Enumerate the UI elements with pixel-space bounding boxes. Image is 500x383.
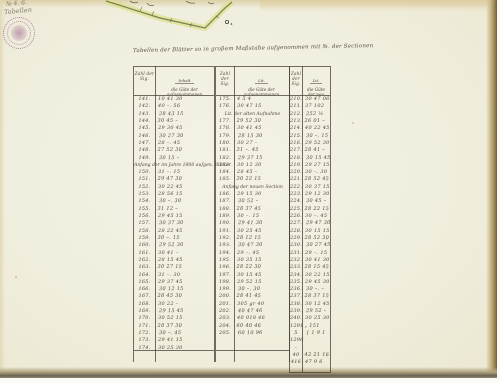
table-row: 202.40 47 46 [216,308,289,315]
cell-value: 30 12 30 [234,162,289,169]
table-row: 211.37 102 [290,103,330,110]
table-row: 5{ 1 9 1 [290,330,330,337]
table-row: 154.30 –. 30 [134,198,214,205]
table-row: 4042 21 16 [290,352,330,359]
cell-sheet-number: 146. [134,133,155,140]
cell-sheet-number: 149. [134,155,155,162]
cell-sheet-number: 166. [134,286,155,293]
cell-sheet-number: 188. [216,206,234,213]
cell-sheet-number: 152. [134,184,155,191]
cell-value: 29 52 30 [233,118,288,126]
table-row: 237.28 37 15 [290,293,330,300]
cell-sheet-number: 167. [134,293,155,300]
cell-value: 30 52 – [235,198,290,206]
table-row: 1296 [290,337,330,344]
table-row [290,367,330,374]
cell-value: 37 102 [302,103,330,110]
cell-value: 30 15 – [156,154,215,162]
cell-value: 27 52 30 [154,147,213,155]
cell-sheet-number: 230. [290,242,302,249]
cell-sheet-number: 175. [216,96,234,103]
cell-value: 30 47 06 [302,96,330,103]
table-row: 219.29 27 15 [290,162,330,169]
cell-value: 30 –. 30 [156,198,215,206]
table-rows: 141.10 41 30142.40 –. 56143.28 43 15144.… [134,96,214,352]
table-row: 197.30 15 45 [216,272,289,279]
section-heading-row: Lit. der alten Aufnahme [216,111,289,118]
cell-value: 40 –. 56 [155,103,214,110]
cell-sheet-number: 225. [290,206,302,213]
cell-sheet-number: 220. [290,169,302,176]
cell-sheet-number: 229. [290,235,302,242]
column-header-description: die Güte der aufgenommenen Sectionen [234,86,289,95]
cell-sheet-number: 147. [134,140,155,147]
cell-sheet-number: 223. [290,191,302,198]
table-row: 224.30 45 – [290,198,330,205]
table-row: 163.30 27 15 [134,264,214,271]
cell-sheet-number [216,345,234,352]
cell-value: 29 37 15 [235,154,290,162]
table-row: 169.29 15 45 [134,308,214,315]
cell-sheet-number: 5 [290,330,302,337]
cell-sheet-number: 142. [134,103,155,110]
column-header-unit-label: Inhalt [175,79,193,84]
table-header-row: Zahl der Sig.Inhaltdie Güte der aufgenom… [134,66,214,96]
cell-value: 30 47 30 [235,242,290,250]
table-pair-3: Zahl der Sig.Lit.die Güte der neu aufg. … [289,66,331,373]
cell-sheet-number: 182. [216,155,234,162]
table-row: 196.28 22 30 [216,264,289,271]
table-row: 233.28 15 45 [290,264,330,271]
cell-sheet-number: 213. [290,118,302,125]
table-row: 230.30 27 45 [290,242,330,249]
cell-value: 30 45 – [154,118,213,126]
cell-sheet-number: 201. [216,301,234,308]
cell-value [234,337,289,344]
cell-sheet-number: 169. [134,308,155,315]
cell-value: 28 37 45 [233,205,288,213]
cell-value: 30 25 30 [302,315,330,322]
table-header-row: Zahl der Sig.Lit.die Güte der aufgenomme… [216,66,289,96]
table-row: 145.29 30 45 [134,125,214,132]
column-header-sheet-number: Zahl der Sig. [216,67,234,95]
table-row: 41647 9 6 [290,359,330,366]
cell-sheet-number: 164. [134,272,155,279]
cell-sheet-number: 184. [216,169,234,176]
table-row: 157.30 37 30 [134,220,214,227]
cell-value: 29 41 15 [155,337,214,344]
cell-value: 30 37 15 [302,184,330,191]
cell-value: 30 41 – [155,250,214,257]
table-row: 173.29 41 15 [134,337,214,344]
column-header-sections: Inhaltdie Güte der aufgenommenen Section… [155,67,214,95]
cell-value: 31 –. 45 [233,147,288,155]
table-row: 221.28 52 45 [290,176,330,183]
cell-sheet-number: 183. [216,162,234,169]
table-row: 231.29 –. 15 [290,250,330,257]
cell-value: 30 25 45 [234,228,289,235]
page-edge-bottom [0,367,497,378]
table-row: 179.28 15 30 [216,133,289,140]
cell-sheet-number: 210. [290,96,302,103]
cell-sheet-number: 195. [216,257,234,264]
cell-value: 30 52 15 [155,315,214,322]
cell-sheet-number: 217. [290,147,302,154]
cell-sheet-number: 239. [290,308,302,315]
cell-sheet-number: 199. [216,286,234,293]
cell-sheet-number: 235. [290,279,302,286]
cell-value: 40 47 46 [235,308,290,316]
cell-sheet-number: 145. [134,125,155,132]
cell-value [302,337,330,344]
cell-sheet-number: 157. [134,220,155,227]
table-row: 212.252 ½ [290,111,330,118]
table-row: 141.10 41 30 [134,96,214,103]
cell-value: 28 52 45 [301,176,329,184]
cell-sheet-number: 189. [216,213,234,220]
table-row: 177.29 52 30 [216,118,289,125]
cell-value: 42 21 16 [301,352,329,360]
cell-value: 30 27 15 [154,264,213,272]
cell-value: 4 5 4 [234,96,289,103]
cell-sheet-number: 181. [216,147,234,154]
cell-sheet-number: 40 [290,352,302,359]
table-row: 187.30 52 – [216,198,289,205]
table-pair-1: Zahl der Sig.Inhaltdie Güte der aufgenom… [133,66,215,362]
table-row: 143.28 43 15 [134,111,214,118]
cell-value: 29 –. 45 [234,250,289,257]
cell-sheet-number: 1296 [290,337,302,344]
table-row: 160.29 52 30 [134,242,214,249]
cell-sheet-number: 161. [134,250,155,257]
cell-sheet-number: 160. [134,242,155,249]
cell-sheet-number: 153. [134,191,155,198]
cell-sheet-number: 173. [134,337,155,344]
table-row [216,345,289,352]
table-row: 142.40 –. 56 [134,103,214,110]
cell-value: 28 22 45 [155,228,214,235]
table-row: 194.29 –. 45 [216,250,289,257]
cell-sheet-number: 233. [290,264,302,271]
cell-sheet-number: 205. [216,330,234,337]
cell-sheet-number: 163. [134,264,155,271]
table-row: – [290,345,330,352]
table-row: 190.29 41 30 [216,220,289,227]
cell-sheet-number: 236. [290,286,302,293]
table-row: 174.30 25 30 [134,345,214,352]
paper-speck [15,276,17,278]
page-edge-top-right [260,0,500,12]
cell-sheet-number: 218. [290,155,302,162]
background-bottom [0,378,500,383]
cell-sheet-number: 177. [216,118,234,125]
cell-value: 29 52 – [303,308,331,316]
cell-value: 29 –. 15 [302,250,330,257]
table-row: 218.30 15 45 [290,155,330,162]
cell-value: 28 45 30 [154,293,213,301]
table-row: 155.31 12 – [134,206,214,213]
column-header-sheet-number: Zahl der Sig. [290,67,302,95]
cell-sheet-number: 219. [290,162,302,169]
cell-sheet-number: 240. [290,315,302,322]
cell-sheet-number: 212. [290,111,302,118]
cell-sheet-number: 197. [216,272,234,279]
cell-sheet-number: 172. [134,330,155,337]
cell-value: 28 22 30 [233,264,288,272]
cell-value: 30 15 15 [302,228,330,235]
table-row: 215.30 –. 15 [290,133,330,140]
cell-value: 30 45 – [303,198,331,206]
cell-sheet-number: 151. [134,176,155,183]
cell-value: 30 –. 45 [156,330,215,338]
cell-sheet-number: 143. [134,111,155,118]
table-row: 151.29 47 30 [134,176,214,183]
cell-sheet-number: 192. [216,235,234,242]
table-row: 144.30 45 – [134,118,214,125]
table-row: 149.30 15 – [134,155,214,162]
cell-value: 29 47 30 [303,220,331,228]
cell-sheet-number: 186. [216,191,234,198]
table-row: 170.30 52 15 [134,315,214,322]
cell-value: { 1 9 1 [303,330,331,338]
column-header-description: die Güte der neu aufg. Sect. [302,86,330,95]
cell-sheet-number: 156. [134,213,155,220]
cell-sheet-number: 190. [216,220,234,227]
cell-value: 30 25 30 [155,345,214,352]
cell-sheet-number: 1291 [290,323,302,330]
table-rows: 175.4 5 4176.30 47 15Lit. der alten Aufn… [216,96,289,352]
cell-sheet-number: 174. [134,345,155,352]
table-row: 172.30 –. 45 [134,330,214,337]
cell-value: 30 22 15 [233,176,288,184]
cell-value: 28 15 30 [235,132,290,140]
cell-sheet-number: 141. [134,96,155,103]
cell-value: 30 41 45 [234,125,289,132]
cell-value: 31 12 – [154,205,213,213]
table-row: 161.30 41 – [134,250,214,257]
cell-sheet-number: 180. [216,140,234,147]
cell-sheet-number: 214. [290,125,302,132]
paper-speck [352,122,354,124]
cell-sheet-number: 228. [290,228,302,235]
cell-sheet-number: 416 [290,359,302,366]
cell-value: 29 47 30 [154,176,213,184]
cell-value: 30 15 45 [303,154,331,162]
table-row: 181.31 –. 45 [216,147,289,154]
column-header-sheet-number: Zahl der Sig. [134,67,155,95]
cell-sheet-number [290,367,302,374]
table-row: 185.30 22 15 [216,176,289,183]
section-heading-row: Anfang der neuen Section [216,184,289,191]
cell-sheet-number: 165. [134,279,155,286]
table-row: 175.4 5 4 [216,96,289,103]
table-row: 227.29 47 30 [290,220,330,227]
cell-value: 30 22 15 [302,272,330,279]
cell-sheet-number: 234. [290,272,302,279]
table-row: 200.28 41 45 [216,293,289,300]
table-row: 1291„ 151 [290,323,330,330]
table-row: 146.30 27 30 [134,133,214,140]
table-row: 214.40 22 45 [290,125,330,132]
cell-value: 28 22 15 [301,206,329,214]
cell-sheet-number: – [290,345,302,352]
section-heading-row: Anfang der im Jahre 1806 aufgen. Blätter [134,162,214,169]
cell-sheet-number: 185. [216,176,234,183]
table-row: 234.30 22 15 [290,272,330,279]
cell-sheet-number: 232. [290,257,302,264]
table-row: 158.28 22 45 [134,228,214,235]
cell-sheet-number: 221. [290,176,302,183]
table-row: 167.28 45 30 [134,293,214,300]
table-row: 164.31 –. 30 [134,272,214,279]
cell-value: 60 10 96 [235,330,290,338]
cell-value: 30 –. 15 [303,132,331,140]
cell-sheet-number: 155. [134,206,155,213]
page-edge-right [486,0,497,377]
table-row: 152.30 22 45 [134,184,214,191]
table-pair-2: Zahl der Sig.Lit.die Güte der aufgenomme… [215,66,290,362]
cell-sheet-number: 154. [134,198,155,205]
cell-value: 30 27 45 [303,242,331,250]
cell-sheet-number: 162. [134,257,155,264]
cell-sheet-number: 231. [290,250,302,257]
table-row: 182.29 37 15 [216,155,289,162]
cell-sheet-number: 159. [134,235,155,242]
table-row: 148.27 52 30 [134,147,214,154]
table-row: 240.30 25 30 [290,315,330,322]
cell-sheet-number: 227. [290,220,302,227]
cell-sheet-number: 204. [216,323,234,330]
table-row: 176.30 47 15 [216,103,289,110]
table-row: 210.30 47 06 [290,96,330,103]
table-row: 205.60 10 96 [216,330,289,337]
cell-sheet-number: 237. [290,293,302,300]
cell-value: 30 22 45 [155,184,214,191]
table-row: 203.40 018 46 [216,315,289,322]
cell-value: 30 47 15 [234,103,289,110]
cell-sheet-number: 170. [134,315,155,322]
cell-value: 31 –. 30 [155,272,214,279]
table-header-row: Zahl der Sig.Lit.die Güte der neu aufg. … [290,66,330,96]
column-header-sections: Lit.die Güte der neu aufg. Sect. [302,67,330,95]
table-rows: 210.30 47 06211.37 102212.252 ½213.26 01… [290,96,330,374]
table-row: 193.30 47 30 [216,242,289,249]
cell-sheet-number: 144. [134,118,155,125]
cell-sheet-number: 216. [290,140,302,147]
cell-sheet-number: 215. [290,133,302,140]
table-row: 183.30 12 30 [216,162,289,169]
cell-value: 29 27 15 [302,162,330,169]
cell-sheet-number: 238. [290,301,302,308]
cell-sheet-number: 193. [216,242,234,249]
cell-sheet-number: 150. [134,169,155,176]
cell-value [302,345,330,352]
cell-value: 28 41 – [301,147,329,155]
column-header-description: die Güte der aufgenommenen Sectionen Sig… [155,86,214,95]
table-row [216,337,289,344]
cell-value [234,345,289,352]
cell-sheet-number [216,337,234,344]
cell-value: 10 41 30 [155,96,214,103]
cell-value: 40 22 45 [302,125,330,132]
table-row: 217.28 41 – [290,147,330,154]
table-row: 213.26 01 – [290,118,330,125]
cell-sheet-number: 187. [216,198,234,205]
cell-sheet-number: 200. [216,293,234,300]
cell-sheet-number: 176. [216,103,234,110]
cell-value: 29 52 30 [156,242,215,250]
table-row: 188.28 37 45 [216,206,289,213]
table-row: 225.28 22 15 [290,206,330,213]
table-row: 178.30 41 45 [216,125,289,132]
table-row: 222.30 37 15 [290,184,330,191]
page-edge-left [0,0,5,378]
cell-value: 29 15 45 [156,308,215,316]
cell-value: 28 37 15 [301,293,329,301]
cell-sheet-number: 168. [134,301,155,308]
cell-sheet-number: 211. [290,103,302,110]
cell-sheet-number: 191. [216,228,234,235]
cell-value: 40 018 46 [234,315,289,322]
cell-sheet-number: 179. [216,133,234,140]
cell-sheet-number: 194. [216,250,234,257]
column-header-unit-label: Lit. [310,79,323,84]
cell-value: 29 30 45 [155,125,214,132]
table-row: 228.30 15 15 [290,228,330,235]
cell-value: 29 41 30 [235,220,290,228]
cell-sheet-number: 178. [216,125,234,132]
cell-value [302,367,330,374]
cell-sheet-number: 226. [290,213,302,220]
cell-value: 252 ½ [303,111,331,119]
cell-value: 28 15 45 [301,264,329,272]
cell-value: 30 15 45 [234,272,289,279]
cell-sheet-number: 196. [216,264,234,271]
column-header-unit-label: Lit. [255,79,268,84]
cell-sheet-number: 222. [290,184,302,191]
cell-value: 30 27 30 [156,132,215,140]
map-fragment [100,0,240,34]
cell-value: 28 41 45 [233,293,288,301]
cell-value: 26 01 – [301,118,329,126]
cell-sheet-number: 158. [134,228,155,235]
table-row: 191.30 25 45 [216,228,289,235]
table-row: 239.29 52 – [290,308,330,315]
cell-sheet-number: 171. [134,323,155,330]
cell-value: 30 37 30 [156,220,215,228]
cell-sheet-number: 203. [216,315,234,322]
cell-sheet-number: 224. [290,198,302,205]
cell-sheet-number: 148. [134,147,155,154]
cell-sheet-number: 198. [216,279,234,286]
cell-value: 47 9 6 [302,359,330,366]
column-header-sections: Lit.die Güte der aufgenommenen Sectionen [234,67,289,95]
cell-sheet-number: 202. [216,308,234,315]
